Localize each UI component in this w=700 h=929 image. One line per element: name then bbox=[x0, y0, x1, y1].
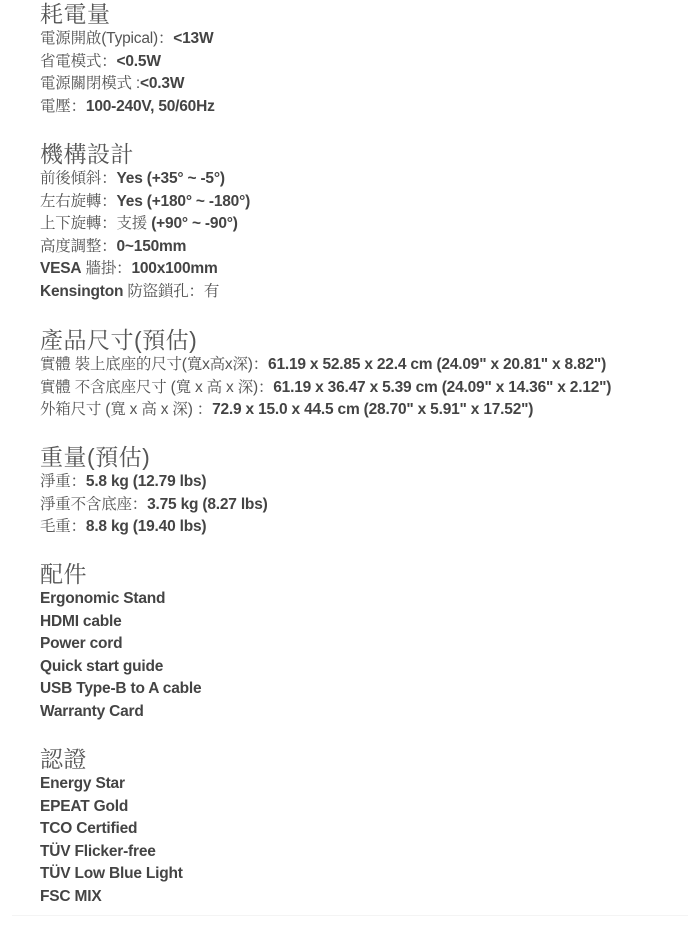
spec-label: 實體 不含底座尺寸 (寬 x 高 x 深)： bbox=[40, 379, 273, 396]
spec-value: 5.8 kg (12.79 lbs) bbox=[86, 473, 206, 490]
accessory-item: Power cord bbox=[40, 633, 201, 656]
spec-dims-without-stand: 實體 不含底座尺寸 (寬 x 高 x 深)：61.19 x 36.47 x 5.… bbox=[40, 377, 611, 400]
spec-value: <0.5W bbox=[117, 53, 161, 70]
spec-label: 實體 裝上底座的尺寸(寬x高x深)： bbox=[40, 356, 268, 373]
accessory-item: USB Type-B to A cable bbox=[40, 678, 201, 701]
section-mechanical-design: 機構設計 前後傾斜：Yes (+35° ~ -5°) 左右旋轉：Yes (+18… bbox=[40, 140, 250, 304]
spec-height-adjust: 高度調整：0~150mm bbox=[40, 236, 250, 259]
spec-value: 3.75 kg (8.27 lbs) bbox=[147, 496, 267, 513]
accessory-item: Warranty Card bbox=[40, 701, 201, 724]
section-title-weight: 重量(預估) bbox=[40, 443, 268, 471]
spec-label: 外箱尺寸 (寬 x 高 x 深) ： bbox=[40, 401, 212, 418]
certification-item: TÜV Flicker-free bbox=[40, 841, 183, 864]
bottom-divider bbox=[12, 915, 688, 916]
spec-label: 防盜鎖孔：有 bbox=[123, 283, 219, 300]
certification-item: Energy Star bbox=[40, 773, 183, 796]
spec-value: 61.19 x 52.85 x 22.4 cm (24.09" x 20.81"… bbox=[268, 356, 606, 373]
spec-label: 省電模式： bbox=[40, 53, 117, 70]
spec-label: 電源關閉模式 : bbox=[40, 75, 140, 92]
spec-label: 牆掛： bbox=[81, 260, 131, 277]
spec-label: 淨重： bbox=[40, 473, 86, 490]
spec-value: 72.9 x 15.0 x 44.5 cm (28.70" x 5.91" x … bbox=[212, 401, 533, 418]
spec-label-bold: Kensington bbox=[40, 283, 123, 300]
section-dimensions: 產品尺寸(預估) 實體 裝上底座的尺寸(寬x高x深)：61.19 x 52.85… bbox=[40, 326, 611, 422]
certification-item: FSC MIX bbox=[40, 886, 183, 909]
spec-value: 100x100mm bbox=[131, 260, 217, 277]
spec-value: 8.8 kg (19.40 lbs) bbox=[86, 518, 206, 535]
spec-label: 上下旋轉：支援 bbox=[40, 215, 151, 232]
spec-tilt: 前後傾斜：Yes (+35° ~ -5°) bbox=[40, 168, 250, 191]
section-title-certifications: 認證 bbox=[40, 745, 183, 773]
spec-swivel: 左右旋轉：Yes (+180° ~ -180°) bbox=[40, 191, 250, 214]
spec-value: 0~150mm bbox=[117, 238, 187, 255]
spec-power-saving: 省電模式：<0.5W bbox=[40, 51, 215, 74]
spec-dims-with-stand: 實體 裝上底座的尺寸(寬x高x深)：61.19 x 52.85 x 22.4 c… bbox=[40, 354, 611, 377]
section-accessories: 配件 Ergonomic Stand HDMI cable Power cord… bbox=[40, 560, 201, 724]
accessory-item: Ergonomic Stand bbox=[40, 588, 201, 611]
section-title-accessories: 配件 bbox=[40, 560, 201, 588]
section-certifications: 認證 Energy Star EPEAT Gold TCO Certified … bbox=[40, 745, 183, 909]
accessory-item: HDMI cable bbox=[40, 611, 201, 634]
spec-value: (+90° ~ -90°) bbox=[151, 215, 237, 232]
certification-item: TÜV Low Blue Light bbox=[40, 863, 183, 886]
spec-label-bold: VESA bbox=[40, 260, 81, 277]
spec-value: 100-240V, 50/60Hz bbox=[86, 98, 215, 115]
section-title-dimensions: 產品尺寸(預估) bbox=[40, 326, 611, 354]
section-title-power: 耗電量 bbox=[40, 0, 215, 28]
spec-label: 高度調整： bbox=[40, 238, 117, 255]
spec-vesa: VESA 牆掛：100x100mm bbox=[40, 258, 250, 281]
section-power-consumption: 耗電量 電源開啟(Typical)：<13W 省電模式：<0.5W 電源關閉模式… bbox=[40, 0, 215, 118]
certification-item: EPEAT Gold bbox=[40, 796, 183, 819]
accessory-item: Quick start guide bbox=[40, 656, 201, 679]
spec-gross-weight: 毛重：8.8 kg (19.40 lbs) bbox=[40, 516, 268, 539]
spec-kensington: Kensington 防盜鎖孔：有 bbox=[40, 281, 250, 304]
spec-label: 電壓： bbox=[40, 98, 86, 115]
spec-power-off: 電源關閉模式 :<0.3W bbox=[40, 73, 215, 96]
spec-value: 61.19 x 36.47 x 5.39 cm (24.09" x 14.36"… bbox=[273, 379, 611, 396]
spec-value: <0.3W bbox=[140, 75, 184, 92]
spec-pivot: 上下旋轉：支援 (+90° ~ -90°) bbox=[40, 213, 250, 236]
spec-label: 淨重不含底座： bbox=[40, 496, 147, 513]
spec-label: 毛重： bbox=[40, 518, 86, 535]
section-weight: 重量(預估) 淨重：5.8 kg (12.79 lbs) 淨重不含底座：3.75… bbox=[40, 443, 268, 539]
spec-label: 前後傾斜： bbox=[40, 170, 117, 187]
spec-net-weight: 淨重：5.8 kg (12.79 lbs) bbox=[40, 471, 268, 494]
spec-value: <13W bbox=[173, 30, 213, 47]
spec-value: Yes (+180° ~ -180°) bbox=[117, 193, 251, 210]
spec-net-weight-no-stand: 淨重不含底座：3.75 kg (8.27 lbs) bbox=[40, 494, 268, 517]
section-title-mechanical: 機構設計 bbox=[40, 140, 250, 168]
spec-voltage: 電壓：100-240V, 50/60Hz bbox=[40, 96, 215, 119]
spec-label: 左右旋轉： bbox=[40, 193, 117, 210]
spec-label: 電源開啟(Typical)： bbox=[40, 30, 173, 47]
spec-power-on: 電源開啟(Typical)：<13W bbox=[40, 28, 215, 51]
spec-dims-box: 外箱尺寸 (寬 x 高 x 深) ：72.9 x 15.0 x 44.5 cm … bbox=[40, 399, 611, 422]
certification-item: TCO Certified bbox=[40, 818, 183, 841]
spec-value: Yes (+35° ~ -5°) bbox=[117, 170, 225, 187]
